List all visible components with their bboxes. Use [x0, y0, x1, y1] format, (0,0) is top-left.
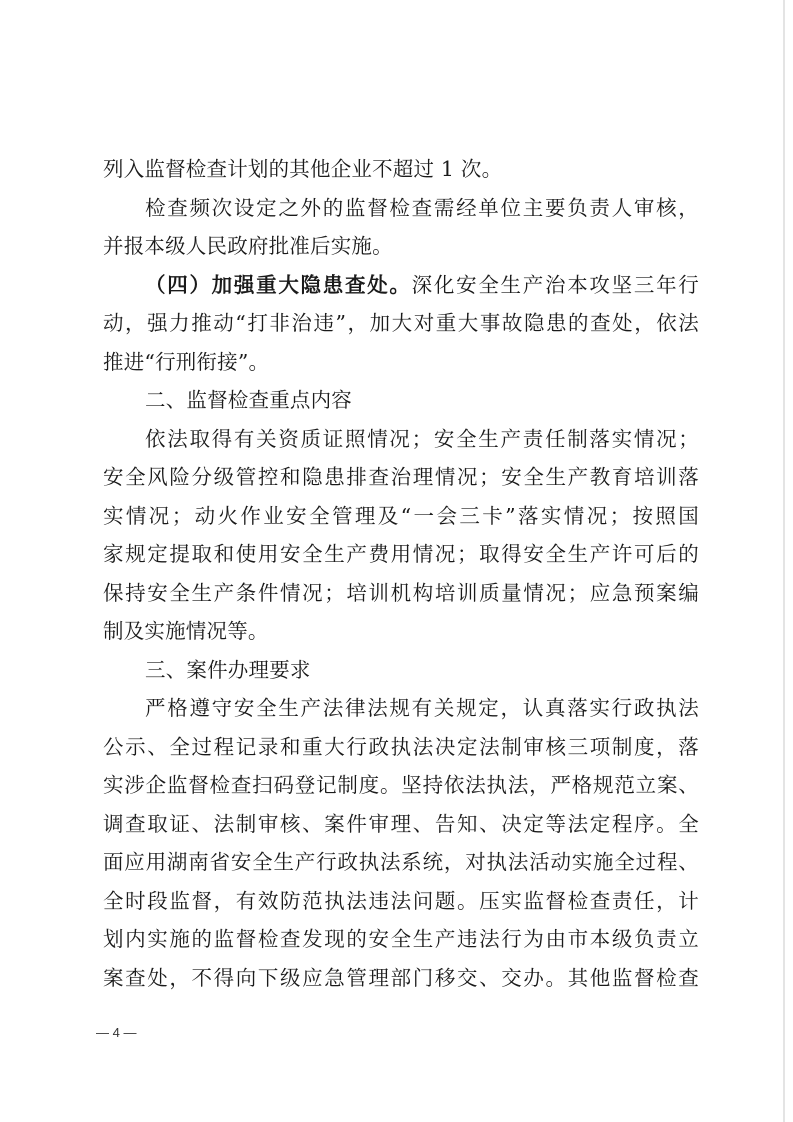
paragraph-line: 动，强力推动“打非治违”，加大对重大事故隐患的查处，依法 — [103, 304, 699, 343]
section-heading-3: 三、案件办理要求 — [103, 651, 699, 690]
paragraph-line: 依法取得有关资质证照情况；安全生产责任制落实情况； — [103, 420, 699, 459]
subsection-first-line: （四）加强重大隐患查处。深化安全生产治本攻坚三年行 — [103, 266, 699, 305]
document-page: 列入监督检查计划的其他企业不超过 1 次。 检查频次设定之外的监督检查需经单位主… — [0, 0, 793, 1122]
page-number: — 4 — — [96, 1025, 136, 1040]
subsection-text: 深化安全生产治本攻坚三年行 — [412, 273, 699, 297]
paragraph-line: 推进“行刑衔接”。 — [103, 343, 699, 382]
scan-edge-line — [783, 0, 785, 1122]
paragraph-line: 实涉企监督检查扫码登记制度。坚持依法执法，严格规范立案、 — [103, 766, 699, 805]
section-heading-2: 二、监督检查重点内容 — [103, 381, 699, 420]
paragraph-line: 全时段监督，有效防范执法违法问题。压实监督检查责任，计 — [103, 882, 699, 921]
paragraph-line: 列入监督检查计划的其他企业不超过 1 次。 — [103, 150, 699, 189]
paragraph-line: 并报本级人民政府批准后实施。 — [103, 227, 699, 266]
paragraph-line: 面应用湖南省安全生产行政执法系统，对执法活动实施全过程、 — [103, 843, 699, 882]
document-body: 列入监督检查计划的其他企业不超过 1 次。 检查频次设定之外的监督检查需经单位主… — [103, 150, 699, 997]
paragraph-line: 安全风险分级管控和隐患排查治理情况；安全生产教育培训落 — [103, 458, 699, 497]
paragraph-line: 实情况；动火作业安全管理及“一会三卡”落实情况；按照国 — [103, 497, 699, 536]
paragraph-line: 调查取证、法制审核、案件审理、告知、决定等法定程序。全 — [103, 805, 699, 844]
paragraph-line: 案查处，不得向下级应急管理部门移交、交办。其他监督检查 — [103, 959, 699, 998]
subsection-title: （四）加强重大隐患查处。 — [145, 273, 412, 297]
paragraph-line: 保持安全生产条件情况；培训机构培训质量情况；应急预案编 — [103, 574, 699, 613]
paragraph-line: 制及实施情况等。 — [103, 612, 699, 651]
paragraph-line: 公示、全过程记录和重大行政执法决定法制审核三项制度，落 — [103, 728, 699, 767]
paragraph-line: 严格遵守安全生产法律法规有关规定，认真落实行政执法 — [103, 689, 699, 728]
paragraph-line: 家规定提取和使用安全生产费用情况；取得安全生产许可后的 — [103, 535, 699, 574]
paragraph-line: 检查频次设定之外的监督检查需经单位主要负责人审核， — [103, 189, 699, 228]
paragraph-line: 划内实施的监督检查发现的安全生产违法行为由市本级负责立 — [103, 920, 699, 959]
